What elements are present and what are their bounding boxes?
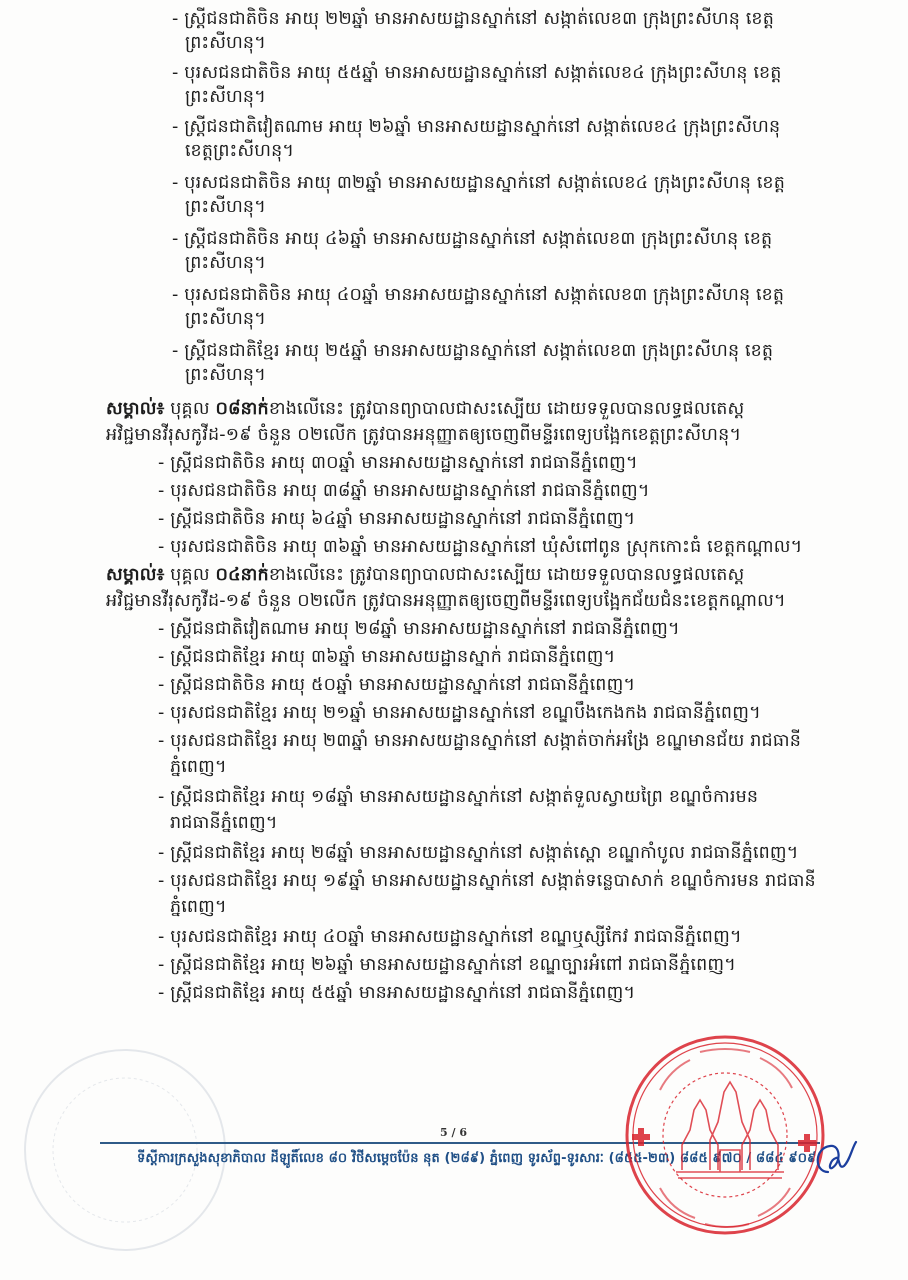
list-item: - ស្ត្រីជនជាតិចិន អាយុ ៤៦ឆ្នាំ មានអាសយដ្…	[172, 228, 772, 250]
list-item: - បុរសជនជាតិចិន អាយុ ៤០ឆ្នាំ មានអាសយដ្ឋា…	[172, 284, 784, 306]
note-text: ខាងលើនេះ ត្រូវបានព្យាបាលជាសះស្បើយ ដោយទទួ…	[269, 399, 745, 419]
list-item-continuation: ព្រះសីហនុ។	[185, 196, 266, 218]
list-item: - ស្ត្រីជនជាតិវៀតណាម អាយុ ២៨ឆ្នាំ មានអាស…	[158, 618, 680, 640]
list-item: - ស្ត្រីជនជាតិចិន អាយុ ៥០ឆ្នាំ មានអាសយដ្…	[158, 674, 635, 696]
list-item-continuation: ភ្នំពេញ។	[170, 896, 227, 918]
list-item-continuation: ព្រះសីហនុ។	[185, 86, 266, 108]
note-paragraph: សម្គាល់៖ បុគ្គល ០៤នាក់ខាងលើនេះ ត្រូវបានព…	[106, 564, 744, 586]
list-item: - ស្ត្រីជនជាតិខ្មែរ អាយុ ៥៥ឆ្នាំ មានអាសយ…	[158, 982, 635, 1004]
note-paragraph-continuation: អវិជ្ជមានវីរុសកូវីដ-១៩ ចំនួន ០២លើក ត្រូវ…	[106, 590, 786, 612]
document-page: - ស្ត្រីជនជាតិចិន អាយុ ២២ឆ្នាំ មានអាសយដ្…	[0, 0, 908, 1280]
list-item-continuation: ព្រះសីហនុ។	[185, 308, 266, 330]
list-item: - បុរសជនជាតិចិន អាយុ ៣៨ឆ្នាំ មានអាសយដ្ឋា…	[158, 480, 650, 502]
list-item: - ស្ត្រីជនជាតិខ្មែរ អាយុ ១៨ឆ្នាំ មានអាសយ…	[158, 786, 758, 808]
list-item: - បុរសជនជាតិខ្មែរ អាយុ ១៩ឆ្នាំ មានអាសយដ្…	[158, 870, 816, 892]
note-text: បុគ្គល	[164, 565, 215, 585]
list-item-continuation: ព្រះសីហនុ។	[185, 364, 266, 386]
list-item: - បុរសជនជាតិចិន អាយុ ៣២ឆ្នាំ មានអាសយដ្ឋា…	[172, 172, 785, 194]
list-item-continuation: ខេត្តព្រះសីហនុ។	[185, 140, 294, 162]
note-text: ខាងលើនេះ ត្រូវបានព្យាបាលជាសះស្បើយ ដោយទទួ…	[269, 565, 745, 585]
page-number: 5 / 6	[440, 1126, 467, 1139]
note-paragraph: សម្គាល់៖ បុគ្គល ០៨នាក់ខាងលើនេះ ត្រូវបានព…	[106, 398, 744, 420]
list-item: - បុរសជនជាតិខ្មែរ អាយុ ២១ឆ្នាំ មានអាសយដ្…	[158, 702, 761, 724]
list-item: - ស្ត្រីជនជាតិខ្មែរ អាយុ ២៦ឆ្នាំ មានអាសយ…	[158, 954, 736, 976]
list-item-continuation: ព្រះសីហនុ។	[185, 32, 266, 54]
note-count: ០៨នាក់	[216, 399, 269, 419]
list-item: - ស្ត្រីជនជាតិចិន អាយុ ២២ឆ្នាំ មានអាសយដ្…	[172, 8, 774, 30]
note-label: សម្គាល់៖	[106, 399, 164, 419]
list-item-continuation: ភ្នំពេញ។	[170, 756, 227, 778]
list-item: - ស្ត្រីជនជាតិចិន អាយុ ៣០ឆ្នាំ មានអាសយដ្…	[158, 452, 638, 474]
list-item: - ស្ត្រីជនជាតិខ្មែរ អាយុ ២៨ឆ្នាំ មានអាសយ…	[158, 842, 799, 864]
list-item: - បុរសជនជាតិខ្មែរ អាយុ ២៣ឆ្នាំ មានអាសយដ្…	[158, 730, 801, 752]
note-label: សម្គាល់៖	[106, 565, 164, 585]
list-item: - បុរសជនជាតិចិន អាយុ ៣៦ឆ្នាំ មានអាសយដ្ឋា…	[158, 536, 802, 558]
temple-icon	[676, 1082, 784, 1178]
list-item: - ស្ត្រីជនជាតិខ្មែរ អាយុ ៣៦ឆ្នាំ មានអាសយ…	[158, 646, 615, 668]
list-item: - បុរសជនជាតិខ្មែរ អាយុ ៤០ឆ្នាំ មានអាសយដ្…	[158, 926, 742, 948]
note-count: ០៤នាក់	[216, 565, 269, 585]
list-item-continuation: រាជធានីភ្នំពេញ។	[170, 812, 278, 834]
red-cross-icon	[632, 1128, 816, 1152]
note-paragraph-continuation: អវិជ្ជមានវីរុសកូវីដ-១៩ ចំនួន ០២លើក ត្រូវ…	[106, 424, 741, 446]
official-seal-stamp	[620, 1030, 830, 1240]
note-text: បុគ្គល	[164, 399, 215, 419]
list-item: - ស្ត្រីជនជាតិវៀតណាម អាយុ ២៦ឆ្នាំ មានអាស…	[172, 116, 780, 138]
list-item: - ស្ត្រីជនជាតិខ្មែរ អាយុ ២៥ឆ្នាំ មានអាសយ…	[172, 340, 773, 362]
signature	[808, 1138, 858, 1178]
list-item: - បុរសជនជាតិចិន អាយុ ៥៥ឆ្នាំ មានអាសយដ្ឋា…	[172, 62, 782, 84]
list-item: - ស្ត្រីជនជាតិចិន អាយុ ៦៤ឆ្នាំ មានអាសយដ្…	[158, 508, 635, 530]
list-item-continuation: ព្រះសីហនុ។	[185, 252, 266, 274]
